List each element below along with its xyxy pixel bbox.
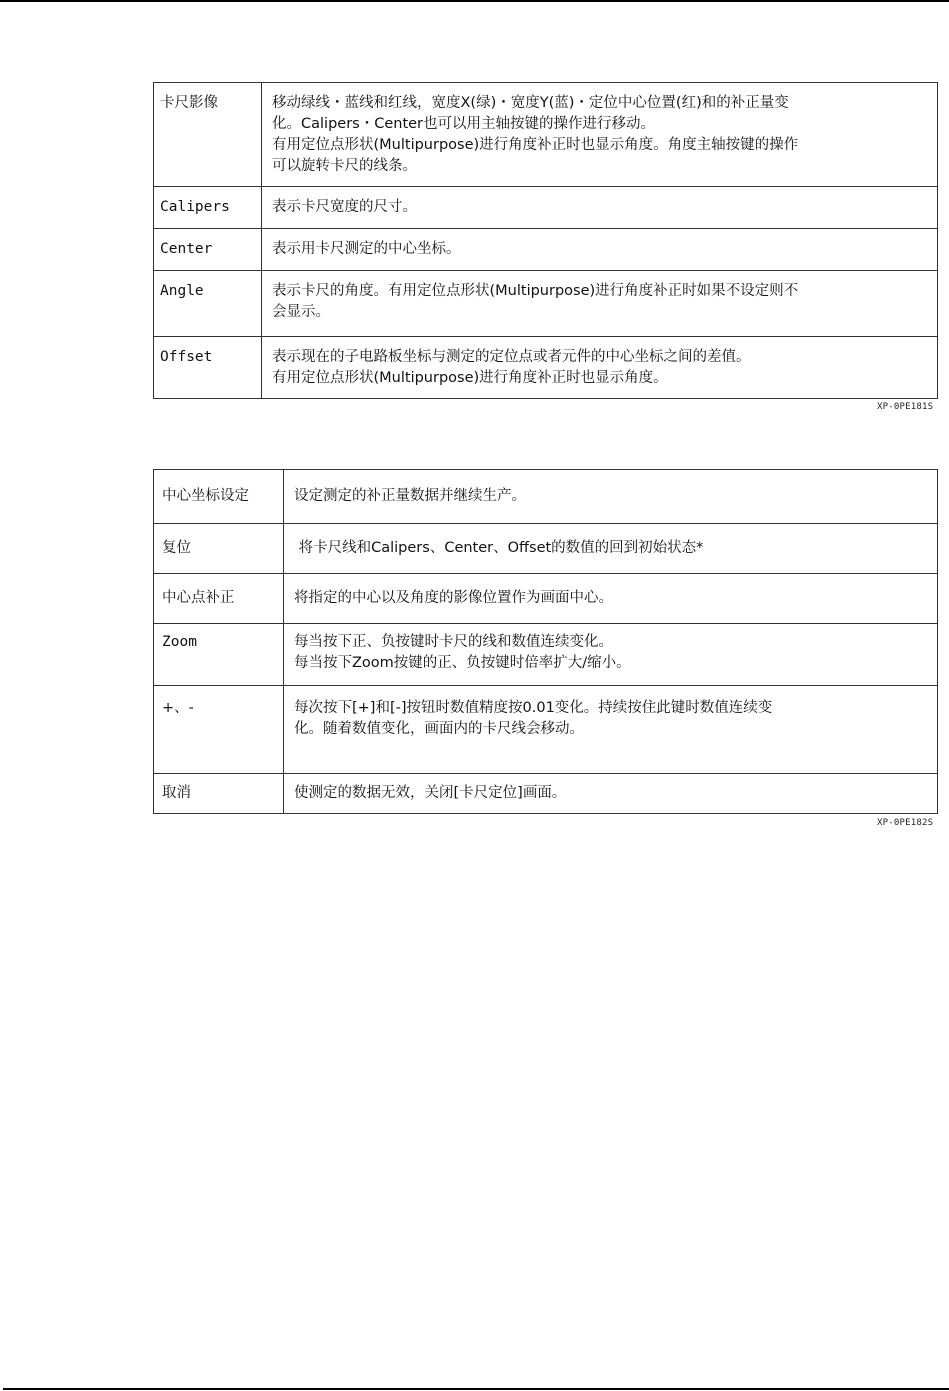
- button-name: 中心点补正: [154, 574, 284, 624]
- button-description: 将指定的中心以及角度的影像位置作为画面中心。: [284, 574, 938, 624]
- description-line: 有用定位点形状(Multipurpose)进行角度补正时也显示角度。角度主轴按键…: [272, 135, 931, 156]
- button-name: 复位: [154, 524, 284, 574]
- page-footer-rule: [3, 1388, 949, 1390]
- description-line: 可以旋转卡尺的线条。: [272, 156, 931, 177]
- item-description: 表示卡尺宽度的尺寸。: [262, 187, 938, 229]
- button-name: Zoom: [154, 624, 284, 686]
- table-row: 复位 将卡尺线和Calipers、Center、Offset的数值的回到初始状态…: [154, 524, 938, 574]
- buttons-table: 中心坐标设定 设定测定的补正量数据并继续生产。 复位 将卡尺线和Calipers…: [153, 469, 938, 814]
- button-name: 中心坐标设定: [154, 470, 284, 524]
- item-description: 表示用卡尺测定的中心坐标。: [262, 229, 938, 271]
- table-row: Zoom 每当按下正、负按键时卡尺的线和数值连续变化。 每当按下Zoom按键的正…: [154, 624, 938, 686]
- table-row: Offset 表示现在的子电路板坐标与测定的定位点或者元件的中心坐标之间的差值。…: [154, 337, 938, 399]
- description-line: 化。随着数值变化，画面内的卡尺线会移动。: [294, 719, 931, 740]
- description-line: 将卡尺线和Calipers、Center、Offset的数值的回到初始状态*: [294, 538, 931, 559]
- item-description: 移动绿线・蓝线和红线，宽度X(绿)・宽度Y(蓝)・定位中心位置(红)和的补正量变…: [262, 83, 938, 187]
- display-items-table: 卡尺影像 移动绿线・蓝线和红线，宽度X(绿)・宽度Y(蓝)・定位中心位置(红)和…: [153, 82, 938, 399]
- button-description: 设定测定的补正量数据并继续生产。: [284, 470, 938, 524]
- description-line: 表示卡尺的角度。有用定位点形状(Multipurpose)进行角度补正时如果不设…: [272, 281, 931, 302]
- description-line: 化。Calipers・Center也可以用主轴按键的操作进行移动。: [272, 114, 931, 135]
- description-line: 每当按下Zoom按键的正、负按键时倍率扩大/缩小。: [294, 653, 931, 674]
- description-line: 表示现在的子电路板坐标与测定的定位点或者元件的中心坐标之间的差值。: [272, 347, 931, 368]
- button-description: 使测定的数据无效，关闭[卡尺定位]画面。: [284, 774, 938, 814]
- description-line: 移动绿线・蓝线和红线，宽度X(绿)・宽度Y(蓝)・定位中心位置(红)和的补正量变: [272, 93, 931, 114]
- button-description: 每当按下正、负按键时卡尺的线和数值连续变化。 每当按下Zoom按键的正、负按键时…: [284, 624, 938, 686]
- table-row: +、- 每次按下[+]和[-]按钮时数值精度按0.01变化。持续按住此键时数值连…: [154, 686, 938, 774]
- description-line: 使测定的数据无效，关闭[卡尺定位]画面。: [294, 783, 931, 804]
- figure-reference-code: XP-0PE181S: [877, 402, 933, 412]
- description-line: 会显示。: [272, 302, 931, 323]
- page-header-rule: [0, 0, 949, 2]
- item-description: 表示现在的子电路板坐标与测定的定位点或者元件的中心坐标之间的差值。 有用定位点形…: [262, 337, 938, 399]
- description-line: 将指定的中心以及角度的影像位置作为画面中心。: [294, 588, 931, 609]
- description-line: 每当按下正、负按键时卡尺的线和数值连续变化。: [294, 632, 931, 653]
- item-name: Offset: [154, 337, 262, 399]
- item-name: 卡尺影像: [154, 83, 262, 187]
- item-name: Angle: [154, 271, 262, 337]
- item-description: 表示卡尺的角度。有用定位点形状(Multipurpose)进行角度补正时如果不设…: [262, 271, 938, 337]
- table-row: Angle 表示卡尺的角度。有用定位点形状(Multipurpose)进行角度补…: [154, 271, 938, 337]
- table-row: Calipers 表示卡尺宽度的尺寸。: [154, 187, 938, 229]
- button-description: 每次按下[+]和[-]按钮时数值精度按0.01变化。持续按住此键时数值连续变 化…: [284, 686, 938, 774]
- table-row: 卡尺影像 移动绿线・蓝线和红线，宽度X(绿)・宽度Y(蓝)・定位中心位置(红)和…: [154, 83, 938, 187]
- table-row: Center 表示用卡尺测定的中心坐标。: [154, 229, 938, 271]
- table-row: 中心点补正 将指定的中心以及角度的影像位置作为画面中心。: [154, 574, 938, 624]
- item-name: Calipers: [154, 187, 262, 229]
- button-name: 取消: [154, 774, 284, 814]
- table-row: 取消 使测定的数据无效，关闭[卡尺定位]画面。: [154, 774, 938, 814]
- table-row: 中心坐标设定 设定测定的补正量数据并继续生产。: [154, 470, 938, 524]
- description-line: 每次按下[+]和[-]按钮时数值精度按0.01变化。持续按住此键时数值连续变: [294, 698, 931, 719]
- figure-reference-code: XP-0PE182S: [877, 818, 933, 828]
- description-line: 有用定位点形状(Multipurpose)进行角度补正时也显示角度。: [272, 368, 931, 389]
- description-line: 表示卡尺宽度的尺寸。: [272, 197, 931, 218]
- description-line: 表示用卡尺测定的中心坐标。: [272, 239, 931, 260]
- button-name: +、-: [154, 686, 284, 774]
- item-name: Center: [154, 229, 262, 271]
- button-description: 将卡尺线和Calipers、Center、Offset的数值的回到初始状态*: [284, 524, 938, 574]
- description-line: 设定测定的补正量数据并继续生产。: [294, 486, 931, 507]
